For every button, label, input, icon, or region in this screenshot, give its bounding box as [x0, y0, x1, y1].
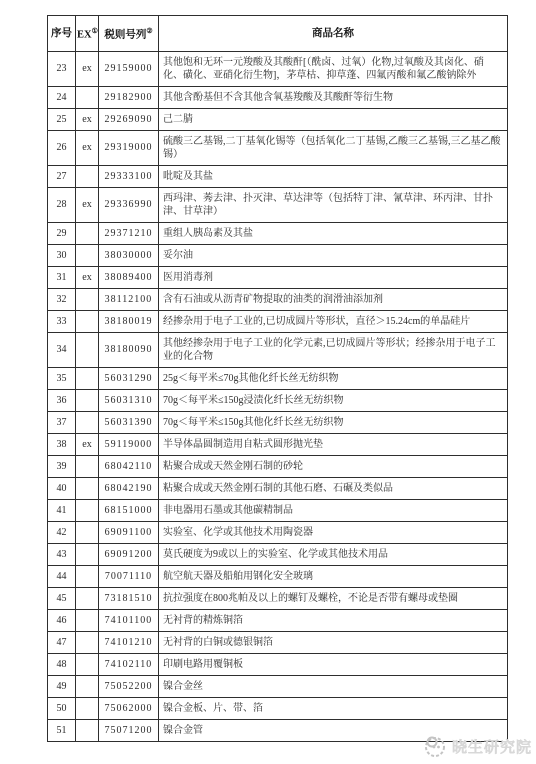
header-code-label: 税则号列 [104, 30, 146, 41]
cell-index: 25 [48, 108, 76, 130]
cell-name: 抗拉强度在800兆帕及以上的螺钉及螺栓，不论是否带有螺母或垫圈 [159, 587, 508, 609]
cell-name: 70g＜每平米≤150g浸渍化纤长丝无纺织物 [159, 389, 508, 411]
table-row: 3238112100含有石油或从沥青矿物提取的油类的润滑油添加剂 [48, 288, 508, 310]
cell-code: 56031310 [99, 389, 159, 411]
cell-ex [76, 389, 99, 411]
header-ex-label: EX [77, 30, 92, 41]
cell-ex [76, 521, 99, 543]
table-row: 365603131070g＜每平米≤150g浸渍化纤长丝无纺织物 [48, 389, 508, 411]
cell-index: 24 [48, 86, 76, 108]
cell-name: 非电器用石墨或其他碳精制品 [159, 499, 508, 521]
cell-code: 74101210 [99, 631, 159, 653]
table-row: 4573181510抗拉强度在800兆帕及以上的螺钉及螺栓，不论是否带有螺母或垫… [48, 587, 508, 609]
cell-ex [76, 631, 99, 653]
table-row: 4874102110印刷电路用覆铜板 [48, 653, 508, 675]
cell-ex [76, 411, 99, 433]
cell-index: 41 [48, 499, 76, 521]
cell-code: 68042110 [99, 455, 159, 477]
cell-ex: ex [76, 51, 99, 86]
cell-index: 43 [48, 543, 76, 565]
cell-code: 74101100 [99, 609, 159, 631]
watermark-text: 晓生研究院 [452, 736, 532, 757]
cell-code: 29336990 [99, 187, 159, 222]
watermark: 晓生研究院 [423, 731, 532, 761]
table-row: 38ex59119000半导体晶圆制造用自粘式圆形抛光垫 [48, 433, 508, 455]
table-row: 4269091100实验室、化学或其他技术用陶瓷器 [48, 521, 508, 543]
cell-ex: ex [76, 433, 99, 455]
cell-ex [76, 86, 99, 108]
header-index: 序号 [48, 16, 76, 52]
header-ex-footnote: ① [92, 27, 98, 35]
cell-ex [76, 455, 99, 477]
table-row: 2729333100吡啶及其盐 [48, 165, 508, 187]
cell-name: 无衬背的精炼铜箔 [159, 609, 508, 631]
cell-ex [76, 609, 99, 631]
cell-name: 实验室、化学或其他技术用陶瓷器 [159, 521, 508, 543]
cell-ex [76, 719, 99, 741]
cell-code: 68042190 [99, 477, 159, 499]
cell-ex [76, 587, 99, 609]
cell-index: 42 [48, 521, 76, 543]
cell-ex [76, 310, 99, 332]
cell-code: 38112100 [99, 288, 159, 310]
cell-ex [76, 332, 99, 367]
cell-code: 69091100 [99, 521, 159, 543]
cell-code: 68151000 [99, 499, 159, 521]
cell-code: 73181510 [99, 587, 159, 609]
cell-name: 粘聚合成或天然金刚石制的其他石磨、石碾及类似品 [159, 477, 508, 499]
cell-index: 51 [48, 719, 76, 741]
table-row: 3338180019经掺杂用于电子工业的,已切成圆片等形状，直径＞15.24cm… [48, 310, 508, 332]
document-page: 序号 EX① 税则号列② 商品名称 23ex29159000其他饱和无环一元羧酸… [0, 0, 536, 764]
cell-index: 38 [48, 433, 76, 455]
cell-code: 75062000 [99, 697, 159, 719]
cell-ex: ex [76, 187, 99, 222]
cell-index: 36 [48, 389, 76, 411]
cell-index: 44 [48, 565, 76, 587]
cell-index: 50 [48, 697, 76, 719]
header-ex: EX① [76, 16, 99, 52]
header-code: 税则号列② [99, 16, 159, 52]
cell-ex [76, 288, 99, 310]
cell-code: 29371210 [99, 222, 159, 244]
cell-code: 29333100 [99, 165, 159, 187]
cell-name: 25g＜每平米≤70g其他化纤长丝无纺织物 [159, 367, 508, 389]
table-row: 31ex38089400医用消毒剂 [48, 266, 508, 288]
cell-code: 38030000 [99, 244, 159, 266]
cell-code: 75071200 [99, 719, 159, 741]
cell-name: 无衬背的白铜或德银铜箔 [159, 631, 508, 653]
cell-code: 70071110 [99, 565, 159, 587]
table-row: 4674101100无衬背的精炼铜箔 [48, 609, 508, 631]
table-row: 4975052200镍合金丝 [48, 675, 508, 697]
table-row: 5075062000镍合金板、片、带、箔 [48, 697, 508, 719]
cell-ex [76, 222, 99, 244]
cell-code: 75052200 [99, 675, 159, 697]
cell-ex [76, 697, 99, 719]
cell-index: 29 [48, 222, 76, 244]
cell-code: 29319000 [99, 130, 159, 165]
table-row: 26ex29319000硫酸三乙基锡,二丁基氧化锡等（包括氧化二丁基锡,乙酸三乙… [48, 130, 508, 165]
header-code-footnote: ② [146, 27, 152, 35]
cell-index: 32 [48, 288, 76, 310]
table-row: 4774101210无衬背的白铜或德银铜箔 [48, 631, 508, 653]
cell-name: 吡啶及其盐 [159, 165, 508, 187]
cell-name: 镍合金板、片、带、箔 [159, 697, 508, 719]
cell-ex: ex [76, 130, 99, 165]
cell-index: 45 [48, 587, 76, 609]
cell-index: 26 [48, 130, 76, 165]
cell-index: 46 [48, 609, 76, 631]
cell-ex [76, 477, 99, 499]
cell-name: 其他经掺杂用于电子工业的化学元素,已切成圆片等形状；经掺杂用于电子工业的化合物 [159, 332, 508, 367]
table-row: 2429182900其他含酚基但不含其他含氧基羧酸及其酸酐等衍生物 [48, 86, 508, 108]
cell-name: 印刷电路用覆铜板 [159, 653, 508, 675]
cell-code: 29269090 [99, 108, 159, 130]
table-header-row: 序号 EX① 税则号列② 商品名称 [48, 16, 508, 52]
cell-index: 39 [48, 455, 76, 477]
cell-name: 航空航天器及船舶用钢化安全玻璃 [159, 565, 508, 587]
cell-index: 35 [48, 367, 76, 389]
cell-name: 含有石油或从沥青矿物提取的油类的润滑油添加剂 [159, 288, 508, 310]
table-row: 4369091200莫氏硬度为9或以上的实验室、化学或其他技术用品 [48, 543, 508, 565]
cell-ex: ex [76, 108, 99, 130]
table-row: 375603139070g＜每平米≤150g其他化纤长丝无纺织物 [48, 411, 508, 433]
cell-index: 30 [48, 244, 76, 266]
table-row: 3438180090其他经掺杂用于电子工业的化学元素,已切成圆片等形状；经掺杂用… [48, 332, 508, 367]
cell-name: 硫酸三乙基锡,二丁基氧化锡等（包括氧化二丁基锡,乙酸三乙基锡,三乙基乙酸锡） [159, 130, 508, 165]
cell-name: 重组人胰岛素及其盐 [159, 222, 508, 244]
header-name: 商品名称 [159, 16, 508, 52]
cell-index: 49 [48, 675, 76, 697]
cell-index: 23 [48, 51, 76, 86]
cell-name: 妥尔油 [159, 244, 508, 266]
cell-index: 37 [48, 411, 76, 433]
cell-ex [76, 653, 99, 675]
cell-code: 29159000 [99, 51, 159, 86]
cell-code: 74102110 [99, 653, 159, 675]
cell-ex [76, 675, 99, 697]
table-row: 4470071110航空航天器及船舶用钢化安全玻璃 [48, 565, 508, 587]
cell-index: 40 [48, 477, 76, 499]
cell-code: 56031290 [99, 367, 159, 389]
cell-index: 28 [48, 187, 76, 222]
table-body: 23ex29159000其他饱和无环一元羧酸及其酸酐[（酰卤、过氧）化物,过氧酸… [48, 51, 508, 741]
cell-ex [76, 499, 99, 521]
table-row: 355603129025g＜每平米≤70g其他化纤长丝无纺织物 [48, 367, 508, 389]
tariff-table: 序号 EX① 税则号列② 商品名称 23ex29159000其他饱和无环一元羧酸… [47, 15, 508, 742]
table-row: 23ex29159000其他饱和无环一元羧酸及其酸酐[（酰卤、过氧）化物,过氧酸… [48, 51, 508, 86]
cell-ex [76, 165, 99, 187]
cell-code: 59119000 [99, 433, 159, 455]
cell-index: 48 [48, 653, 76, 675]
watermark-logo-icon [423, 734, 447, 758]
cell-ex [76, 244, 99, 266]
cell-name: 其他饱和无环一元羧酸及其酸酐[（酰卤、过氧）化物,过氧酸及其卤化、硝化、磺化、亚… [159, 51, 508, 86]
table-row: 28ex29336990西玛津、莠去津、扑灭津、草达津等（包括特丁津、氰草津、环… [48, 187, 508, 222]
cell-code: 29182900 [99, 86, 159, 108]
cell-name: 己二腈 [159, 108, 508, 130]
cell-name: 莫氏硬度为9或以上的实验室、化学或其他技术用品 [159, 543, 508, 565]
cell-index: 31 [48, 266, 76, 288]
header-index-label: 序号 [51, 28, 72, 39]
cell-ex [76, 543, 99, 565]
cell-index: 27 [48, 165, 76, 187]
cell-ex [76, 367, 99, 389]
table-row: 2929371210重组人胰岛素及其盐 [48, 222, 508, 244]
cell-name: 经掺杂用于电子工业的,已切成圆片等形状，直径＞15.24cm的单晶硅片 [159, 310, 508, 332]
table-row: 4068042190粘聚合成或天然金刚石制的其他石磨、石碾及类似品 [48, 477, 508, 499]
cell-code: 38089400 [99, 266, 159, 288]
cell-ex: ex [76, 266, 99, 288]
cell-code: 69091200 [99, 543, 159, 565]
table-row: 4168151000非电器用石墨或其他碳精制品 [48, 499, 508, 521]
cell-code: 56031390 [99, 411, 159, 433]
cell-index: 47 [48, 631, 76, 653]
cell-name: 镍合金丝 [159, 675, 508, 697]
cell-ex [76, 565, 99, 587]
table-row: 25ex29269090己二腈 [48, 108, 508, 130]
cell-name: 70g＜每平米≤150g其他化纤长丝无纺织物 [159, 411, 508, 433]
header-name-label: 商品名称 [312, 28, 354, 39]
cell-name: 西玛津、莠去津、扑灭津、草达津等（包括特丁津、氰草津、环丙津、甘扑津、甘草津） [159, 187, 508, 222]
table-row: 3038030000妥尔油 [48, 244, 508, 266]
cell-code: 38180019 [99, 310, 159, 332]
cell-name: 粘聚合成或天然金刚石制的砂轮 [159, 455, 508, 477]
cell-name: 医用消毒剂 [159, 266, 508, 288]
cell-name: 半导体晶圆制造用自粘式圆形抛光垫 [159, 433, 508, 455]
cell-code: 38180090 [99, 332, 159, 367]
cell-index: 33 [48, 310, 76, 332]
cell-name: 其他含酚基但不含其他含氧基羧酸及其酸酐等衍生物 [159, 86, 508, 108]
cell-index: 34 [48, 332, 76, 367]
table-row: 3968042110粘聚合成或天然金刚石制的砂轮 [48, 455, 508, 477]
